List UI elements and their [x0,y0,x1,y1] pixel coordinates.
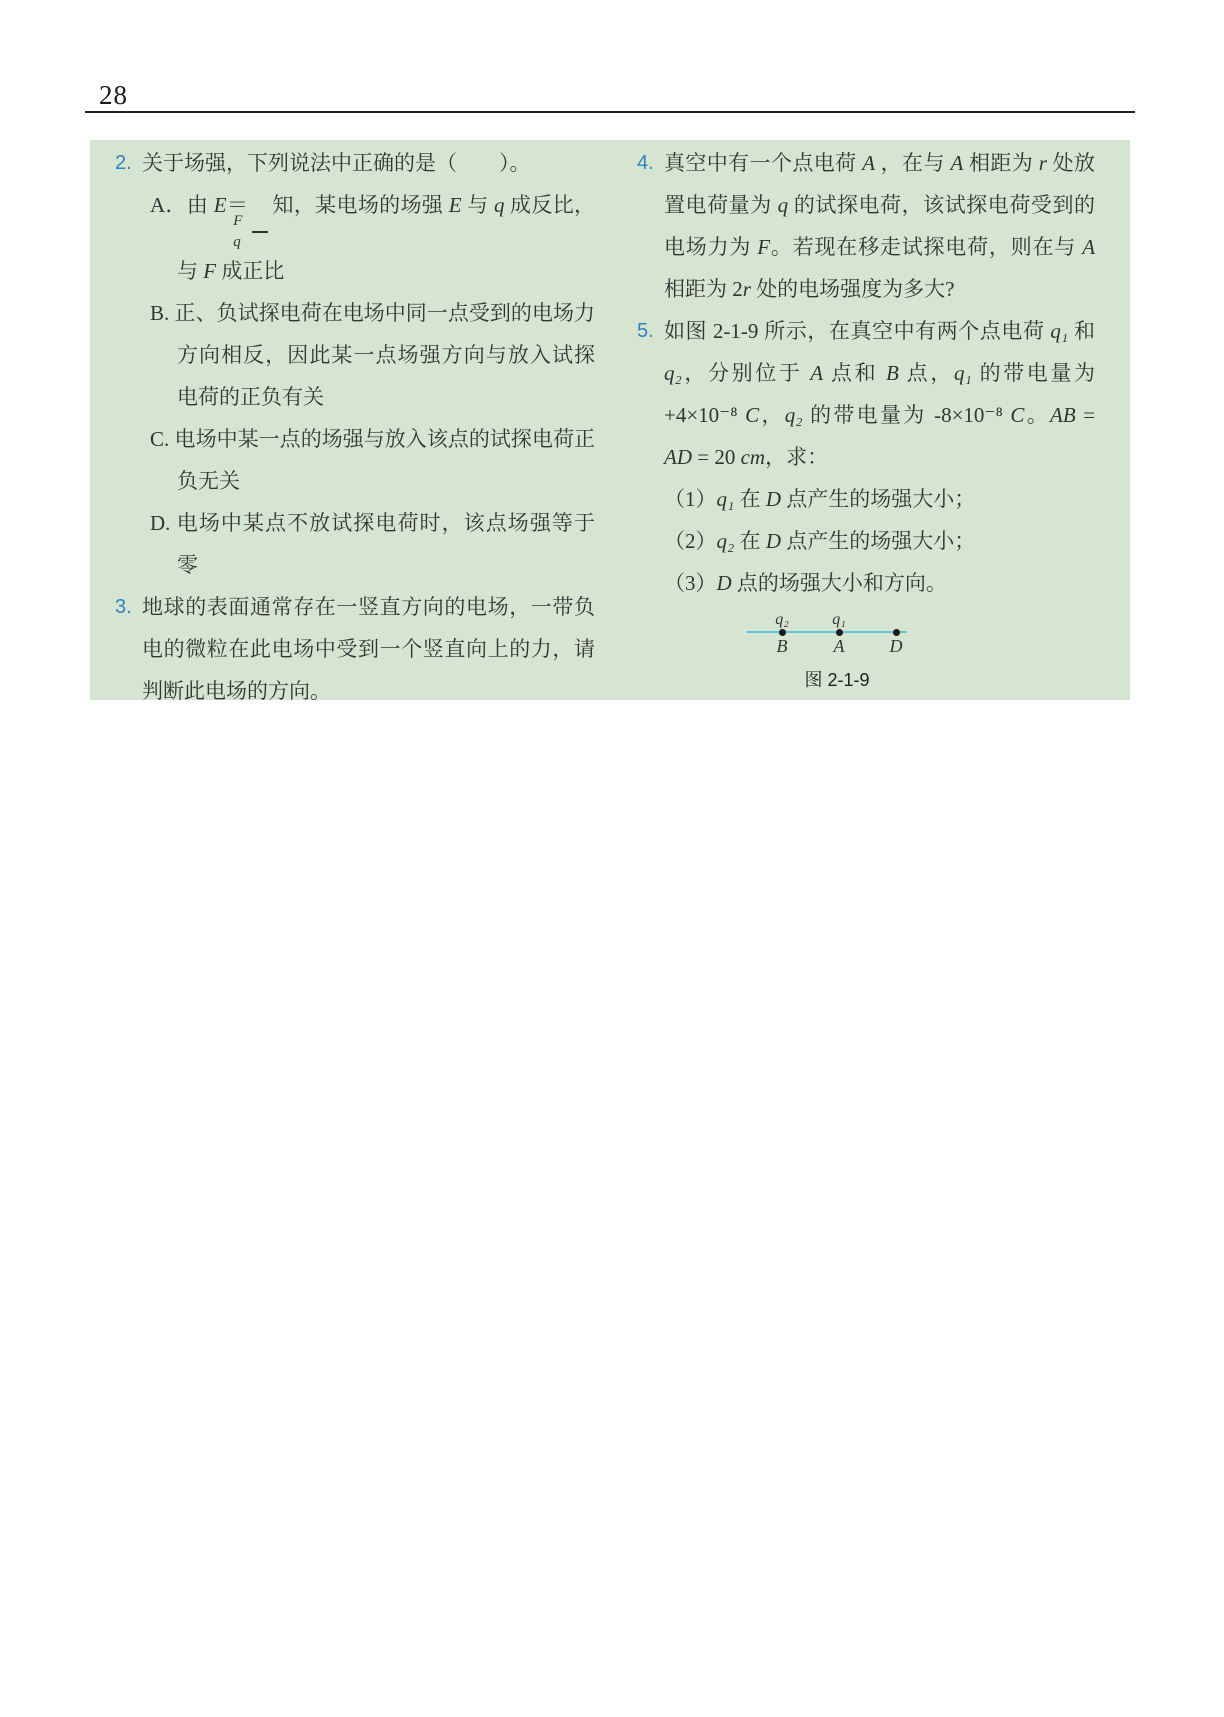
option-a-label: A． [150,193,187,217]
point-dot-B [779,629,786,636]
question-2: 2. 关于场强，下列说法中正确的是（ ）。 A．由 E＝Fq知，某电场的场强 E… [115,142,595,586]
question-2-stem: 关于场强，下列说法中正确的是（ ）。 [142,142,595,184]
figure-caption: 图 2-1-9 [757,669,917,691]
question-2-number: 2. [115,142,142,586]
exercise-box: 2. 关于场强，下列说法中正确的是（ ）。 A．由 E＝Fq知，某电场的场强 E… [90,140,1130,700]
question-4: 4. 真空中有一个点电荷 A ，在与 A 相距为 r 处放置电荷量为 q 的试探… [637,142,1095,310]
question-5-part-3: （3）D 点的场强大小和方向。 [664,562,1095,604]
option-c-label: C. [150,427,169,451]
question-2-option-a: A．由 E＝Fq知，某电场的场强 E 与 q 成反比，与 F 成正比 [150,184,595,292]
question-5-number: 5. [637,310,664,691]
figure-diagram: q₂ B q₁ A D [747,606,907,656]
question-2-body: 关于场强，下列说法中正确的是（ ）。 A．由 E＝Fq知，某电场的场强 E 与 … [142,142,595,586]
option-b-label: B. [150,301,169,325]
question-2-option-d: D. 电场中某点不放试探电荷时，该点场强等于零 [150,502,595,586]
header-rule [85,111,1135,113]
question-3-body: 地球的表面通常存在一竖直方向的电场，一带负电的微粒在此电场中受到一个竖直向上的力… [142,586,595,712]
option-b-text: 正、负试探电荷在电场中同一点受到的电场力方向相反，因此某一点场强方向与放入试探电… [175,301,595,409]
option-d-text: 电场中某点不放试探电荷时，该点场强等于零 [177,511,595,577]
charge-label-q1: q₁ [832,612,846,628]
question-4-stem: 真空中有一个点电荷 A ，在与 A 相距为 r 处放置电荷量为 q 的试探电荷，… [664,151,1095,301]
question-3-number: 3. [115,586,142,712]
question-5: 5. 如图 2-1-9 所示，在真空中有两个点电荷 q₁ 和 q₂，分别位于 A… [637,310,1095,691]
question-5-part-2: （2）q₂ 在 D 点产生的场强大小； [664,520,1095,562]
fraction-bar [252,231,268,233]
question-2-option-b: B. 正、负试探电荷在电场中同一点受到的电场力方向相反，因此某一点场强方向与放入… [150,292,595,418]
question-5-stem: 如图 2-1-9 所示，在真空中有两个点电荷 q₁ 和 q₂，分别位于 A 点和… [664,319,1095,469]
option-c-text: 电场中某一点的场强与放入该点的试探电荷正负无关 [175,427,595,493]
question-5-body: 如图 2-1-9 所示，在真空中有两个点电荷 q₁ 和 q₂，分别位于 A 点和… [664,310,1095,691]
point-name-B: B [777,637,788,655]
figure-axis-line [747,631,907,633]
question-3: 3. 地球的表面通常存在一竖直方向的电场，一带负电的微粒在此电场中受到一个竖直向… [115,586,595,712]
left-column: 2. 关于场强，下列说法中正确的是（ ）。 A．由 E＝Fq知，某电场的场强 E… [115,142,595,700]
point-dot-A [836,629,843,636]
point-dot-D [893,629,900,636]
figure-2-1-9: q₂ B q₁ A D [664,606,1095,691]
fraction-F-over-q: Fq [252,214,268,250]
point-name-A: A [834,637,845,655]
charge-label-q2: q₂ [775,612,789,628]
option-d-label: D. [150,511,170,535]
option-a-lhs: E [214,193,227,217]
question-3-stem: 地球的表面通常存在一竖直方向的电场，一带负电的微粒在此电场中受到一个竖直向上的力… [142,595,595,703]
question-4-number: 4. [637,142,664,310]
question-5-part-1: （1）q₁ 在 D 点产生的场强大小； [664,478,1095,520]
right-column: 4. 真空中有一个点电荷 A ，在与 A 相距为 r 处放置电荷量为 q 的试探… [637,142,1095,700]
page-number: 28 [99,80,128,111]
question-2-option-c: C. 电场中某一点的场强与放入该点的试探电荷正负无关 [150,418,595,502]
point-name-D: D [890,637,903,655]
option-a-pre: 由 [187,193,214,217]
question-4-body: 真空中有一个点电荷 A ，在与 A 相距为 r 处放置电荷量为 q 的试探电荷，… [664,142,1095,310]
